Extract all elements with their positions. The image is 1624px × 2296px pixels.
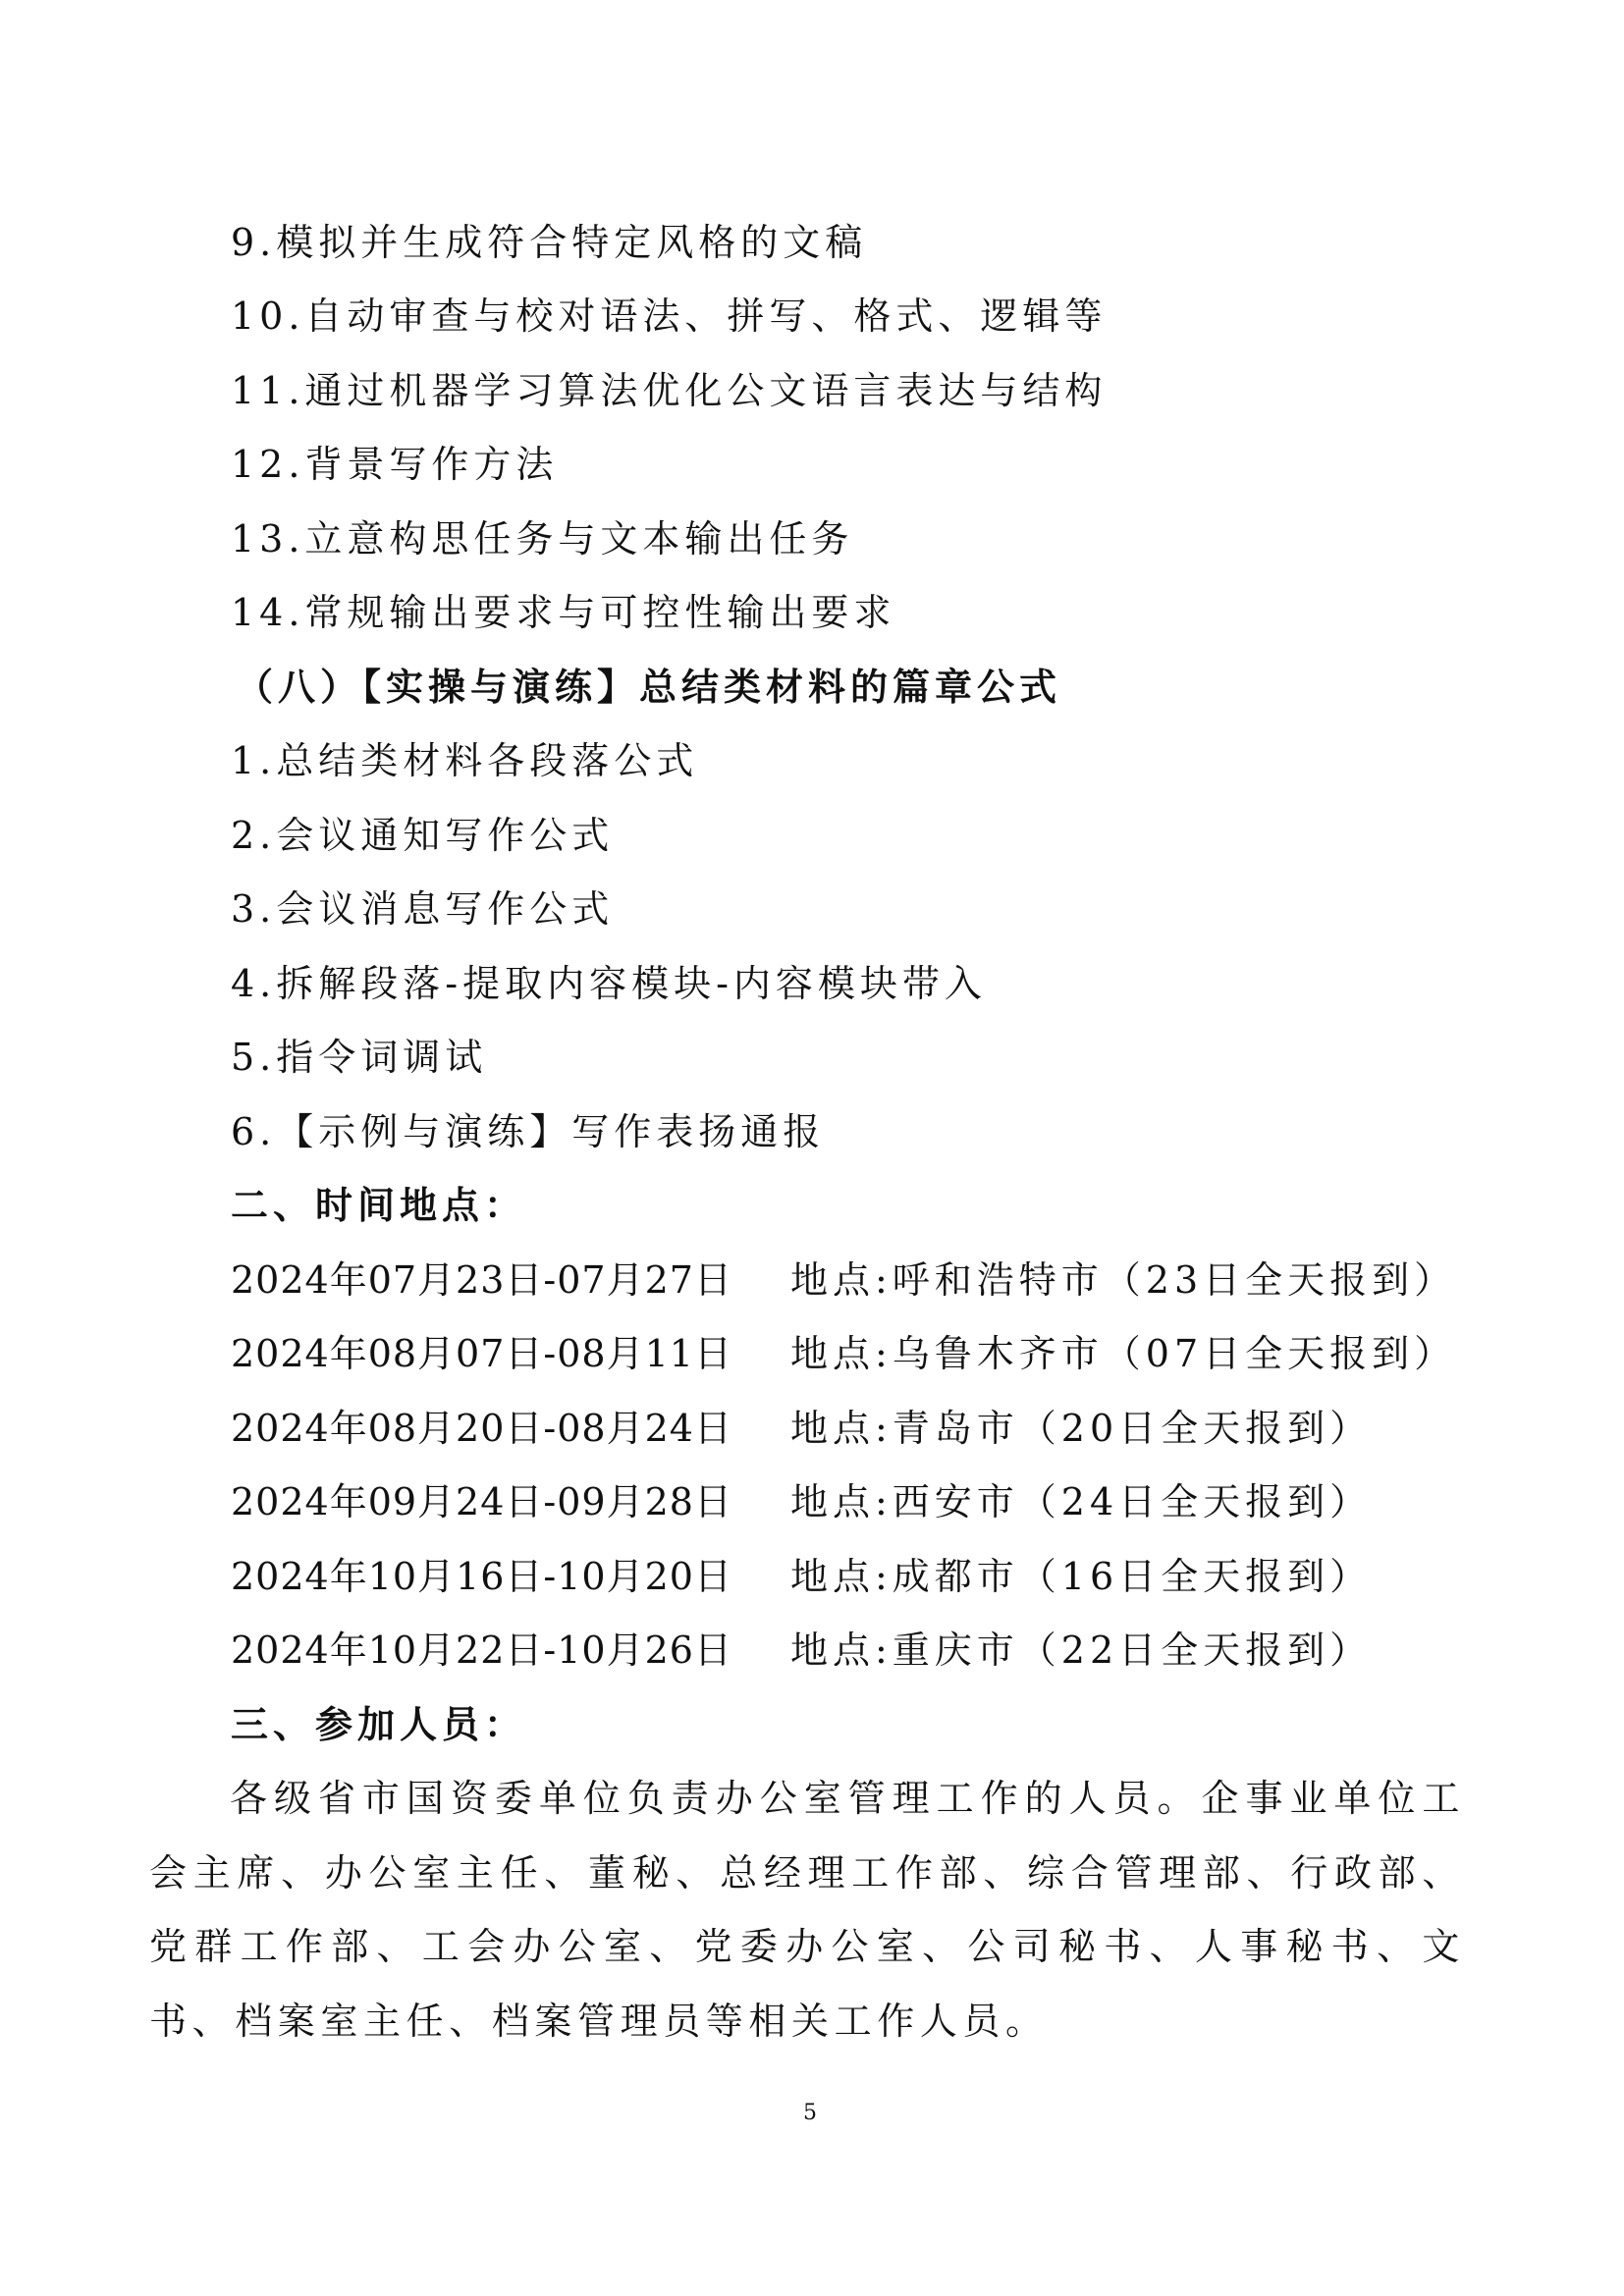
section-heading: 三、参加人员： — [231, 1700, 526, 1749]
list-item: 9.模拟并生成符合特定风格的文稿 — [231, 218, 867, 267]
schedule-date: 2024年10月16日-10月20日 — [231, 1552, 732, 1601]
schedule-date: 2024年07月23日-07月27日 — [231, 1255, 732, 1305]
schedule-date: 2024年08月20日-08月24日 — [231, 1404, 732, 1453]
list-item: 1.总结类材料各段落公式 — [231, 736, 698, 785]
section-heading: （八）【实操与演练】总结类材料的篇章公式 — [236, 663, 1061, 712]
list-item: 11.通过机器学习算法优化公文语言表达与结构 — [231, 366, 1107, 415]
schedule-location: 地点:乌鲁木齐市（07日全天报到） — [790, 1329, 1456, 1378]
schedule-location: 地点:重庆市（22日全天报到） — [790, 1626, 1372, 1675]
participants-paragraph: 各级省市国资委单位负责办公室管理工作的人员。企事业单位工会主席、办公室主任、董秘… — [149, 1762, 1465, 2058]
list-item: 12.背景写作方法 — [231, 440, 558, 489]
list-item: 5.指令词调试 — [231, 1033, 487, 1082]
schedule-location: 地点:青岛市（20日全天报到） — [790, 1404, 1372, 1453]
section-heading: 二、时间地点： — [231, 1181, 526, 1230]
schedule-location: 地点:成都市（16日全天报到） — [790, 1552, 1372, 1601]
list-item: 10.自动审查与校对语法、拼写、格式、逻辑等 — [231, 292, 1107, 341]
schedule-date: 2024年10月22日-10月26日 — [231, 1626, 732, 1675]
page-number: 5 — [803, 2101, 817, 2125]
list-item: 3.会议消息写作公式 — [231, 884, 614, 934]
schedule-date: 2024年08月07日-08月11日 — [231, 1329, 732, 1378]
list-item: 2.会议通知写作公式 — [231, 811, 614, 860]
schedule-location: 地点:呼和浩特市（23日全天报到） — [790, 1255, 1456, 1305]
list-item: 4.拆解段落-提取内容模块-内容模块带入 — [231, 959, 987, 1008]
list-item: 13.立意构思任务与文本输出任务 — [231, 514, 853, 563]
list-item: 6.【示例与演练】写作表扬通报 — [231, 1107, 825, 1156]
schedule-date: 2024年09月24日-09月28日 — [231, 1477, 732, 1526]
schedule-location: 地点:西安市（24日全天报到） — [790, 1477, 1372, 1526]
list-item: 14.常规输出要求与可控性输出要求 — [231, 588, 895, 637]
